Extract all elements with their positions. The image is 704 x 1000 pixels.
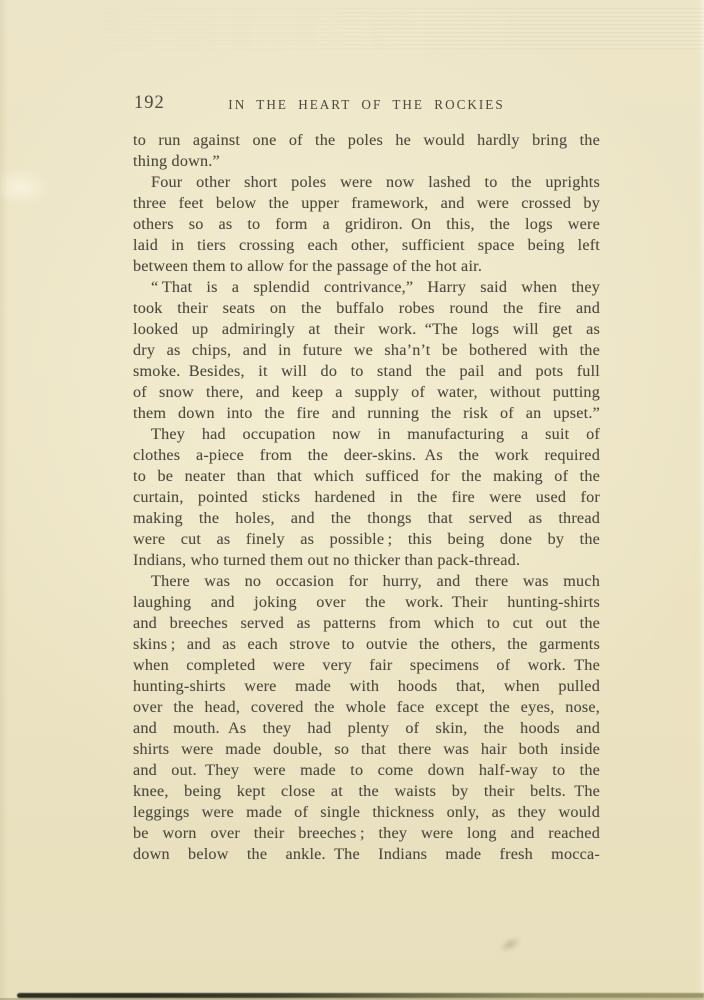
text-line: skins ; and as each strove to outvie the… xyxy=(133,634,600,655)
right-edge-highlight xyxy=(698,0,704,1000)
text-line: clothes a-piece from the deer-skins. As … xyxy=(133,445,600,466)
text-line: “ That is a splendid contrivance,” Harry… xyxy=(133,277,600,298)
paragraph: to run against one of the poles he would… xyxy=(133,130,600,172)
text-line: They had occupation now in manufacturing… xyxy=(133,424,600,445)
text-line: to run against one of the poles he would… xyxy=(133,130,600,151)
page-header: 192 IN THE HEART OF THE ROCKIES xyxy=(133,93,600,115)
text-line: Four other short poles were now lashed t… xyxy=(133,172,600,193)
text-line: making the holes, and the thongs that se… xyxy=(133,508,600,529)
text-line: and out. They were made to come down hal… xyxy=(133,760,600,781)
text-line: them down into the fire and running the … xyxy=(133,403,600,424)
text-line: to be neater than that which sufficed fo… xyxy=(133,466,600,487)
text-line: Indians, who turned them out no thicker … xyxy=(133,550,600,571)
scan-streak-texture xyxy=(0,8,704,50)
left-edge-shade xyxy=(0,0,8,1000)
text-line: took their seats on the buffalo robes ro… xyxy=(133,298,600,319)
text-line: of snow there, and keep a supply of wate… xyxy=(133,382,600,403)
text-line: There was no occasion for hurry, and the… xyxy=(133,571,600,592)
page-text: to run against one of the poles he would… xyxy=(133,130,600,865)
running-header-title: IN THE HEART OF THE ROCKIES xyxy=(133,97,600,113)
text-line: laid in tiers crossing each other, suffi… xyxy=(133,235,600,256)
text-line: others so as to form a gridiron. On this… xyxy=(133,214,600,235)
text-line: thing down.” xyxy=(133,151,600,172)
text-line: dry as chips, and in future we sha’n’t b… xyxy=(133,340,600,361)
text-line: looked up admiringly at their work. “The… xyxy=(133,319,600,340)
paragraph: Four other short poles were now lashed t… xyxy=(133,172,600,277)
paragraph: There was no occasion for hurry, and the… xyxy=(133,571,600,865)
text-line: three feet below the upper framework, an… xyxy=(133,193,600,214)
text-line: and mouth. As they had plenty of skin, t… xyxy=(133,718,600,739)
text-line: leggings were made of single thickness o… xyxy=(133,802,600,823)
paragraph: They had occupation now in manufacturing… xyxy=(133,424,600,571)
paragraph: “ That is a splendid contrivance,” Harry… xyxy=(133,277,600,424)
text-line: between them to allow for the passage of… xyxy=(133,256,600,277)
text-line: when completed were very fair specimens … xyxy=(133,655,600,676)
text-line: smoke. Besides, it will do to stand the … xyxy=(133,361,600,382)
ink-smudge xyxy=(493,931,527,958)
text-line: hunting-shirts were made with hoods that… xyxy=(133,676,600,697)
left-margin-smudge xyxy=(0,162,70,212)
text-line: were cut as finely as possible ; this be… xyxy=(133,529,600,550)
text-line: laughing and joking over the work. Their… xyxy=(133,592,600,613)
text-line: shirts were made double, so that there w… xyxy=(133,739,600,760)
book-page: 192 IN THE HEART OF THE ROCKIES to run a… xyxy=(0,0,704,1000)
text-line: down below the ankle. The Indians made f… xyxy=(133,844,600,865)
text-line: over the head, covered the whole face ex… xyxy=(133,697,600,718)
text-line: be worn over their breeches ; they were … xyxy=(133,823,600,844)
text-line: knee, being kept close at the waists by … xyxy=(133,781,600,802)
text-line: curtain, pointed sticks hardened in the … xyxy=(133,487,600,508)
text-line: and breeches served as patterns from whi… xyxy=(133,613,600,634)
